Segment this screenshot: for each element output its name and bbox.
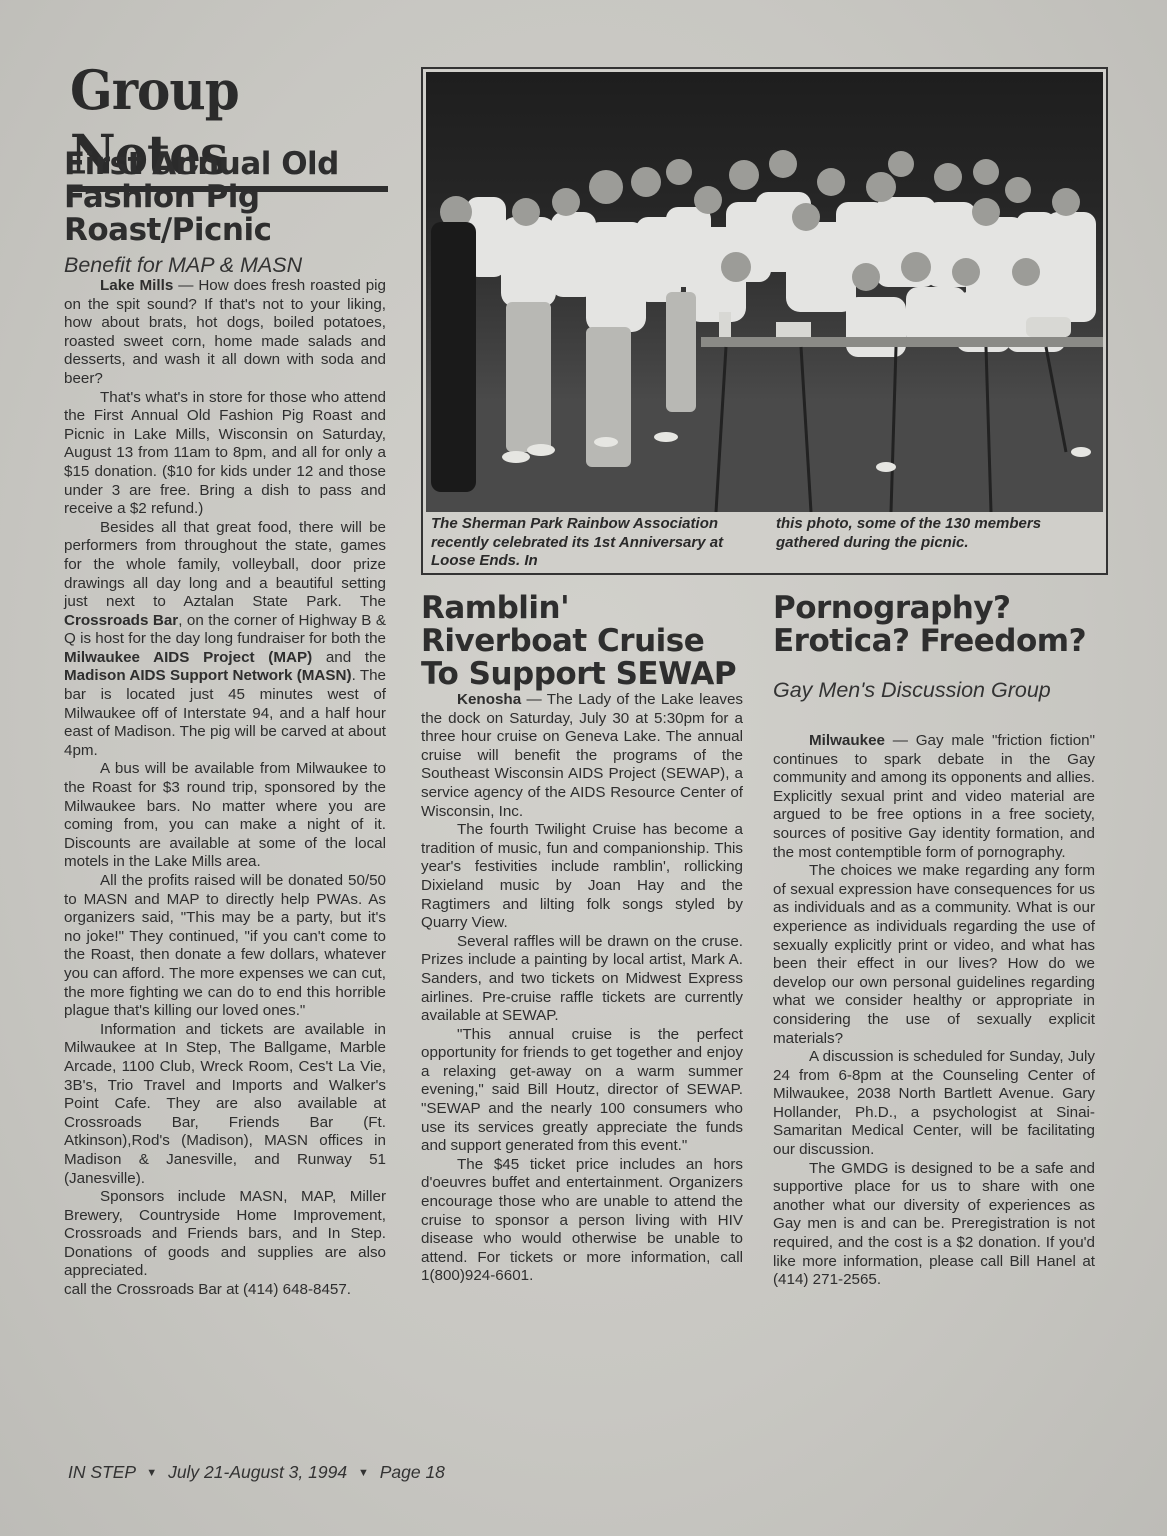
dateline: Kenosha <box>457 691 521 708</box>
photo-frame: The Sherman Park Rainbow Association rec… <box>421 67 1108 575</box>
dateline: Milwaukee <box>809 732 885 749</box>
triangle-separator-icon: ▼ <box>146 1467 157 1479</box>
article-paragraph: The choices we make regarding any form o… <box>773 862 1095 1048</box>
article-paragraph: The $45 ticket price includes an hors d'… <box>421 1156 743 1286</box>
article-paragraph: Kenosha — The Lady of the Lake leaves th… <box>421 691 743 821</box>
article-paragraph: That's what's in store for those who att… <box>64 389 386 519</box>
article-headline: First Annual Old Fashion Pig Roast/Picni… <box>64 148 386 247</box>
caption-right: this photo, some of the 130 members gath… <box>776 515 1106 552</box>
article-paragraph: Information and tickets are available in… <box>64 1021 386 1188</box>
article-paragraph: The GMDG is designed to be a safe and su… <box>773 1160 1095 1290</box>
article-paragraph: "This annual cruise is the perfect oppor… <box>421 1026 743 1156</box>
article-paragraph: call the Crossroads Bar at (414) 648-845… <box>64 1281 386 1300</box>
page-footer: IN STEP ▼ July 21-August 3, 1994 ▼ Page … <box>68 1462 445 1483</box>
article-pig-roast: First Annual Old Fashion Pig Roast/Picni… <box>64 148 386 1300</box>
article-headline: Pornography? Erotica? Freedom? <box>773 592 1095 658</box>
article-paragraph: Milwaukee — Gay male "friction fiction" … <box>773 732 1095 862</box>
article-subhead: Gay Men's Discussion Group <box>773 678 1095 702</box>
article-discussion-group: Pornography? Erotica? Freedom? Gay Men's… <box>773 592 1095 1290</box>
dateline: Lake Mills <box>100 277 173 294</box>
triangle-separator-icon: ▼ <box>358 1467 369 1479</box>
newspaper-page: Group Notes First Annual Old Fashion Pig… <box>0 0 1167 1536</box>
article-riverboat-cruise: Ramblin' Riverboat Cruise To Support SEW… <box>421 592 743 1286</box>
issue-dates: July 21-August 3, 1994 <box>168 1462 347 1482</box>
article-paragraph: Several raffles will be drawn on the cru… <box>421 933 743 1026</box>
article-paragraph: Besides all that great food, there will … <box>64 519 386 761</box>
page-number: Page 18 <box>380 1462 445 1482</box>
article-subhead: Benefit for MAP & MASN <box>64 253 386 277</box>
article-paragraph: Sponsors include MASN, MAP, Miller Brewe… <box>64 1188 386 1281</box>
article-paragraph: Lake Mills — How does fresh roasted pig … <box>64 277 386 389</box>
group-photo-illustration <box>426 72 1103 512</box>
article-paragraph: A discussion is scheduled for Sunday, Ju… <box>773 1048 1095 1160</box>
publication-name: IN STEP <box>68 1462 135 1482</box>
article-paragraph: All the profits raised will be donated 5… <box>64 872 386 1021</box>
caption-left: The Sherman Park Rainbow Association rec… <box>431 515 751 571</box>
group-photo <box>426 72 1103 512</box>
article-headline: Ramblin' Riverboat Cruise To Support SEW… <box>421 592 743 691</box>
article-paragraph: The fourth Twilight Cruise has become a … <box>421 821 743 933</box>
article-paragraph: A bus will be available from Milwaukee t… <box>64 760 386 872</box>
